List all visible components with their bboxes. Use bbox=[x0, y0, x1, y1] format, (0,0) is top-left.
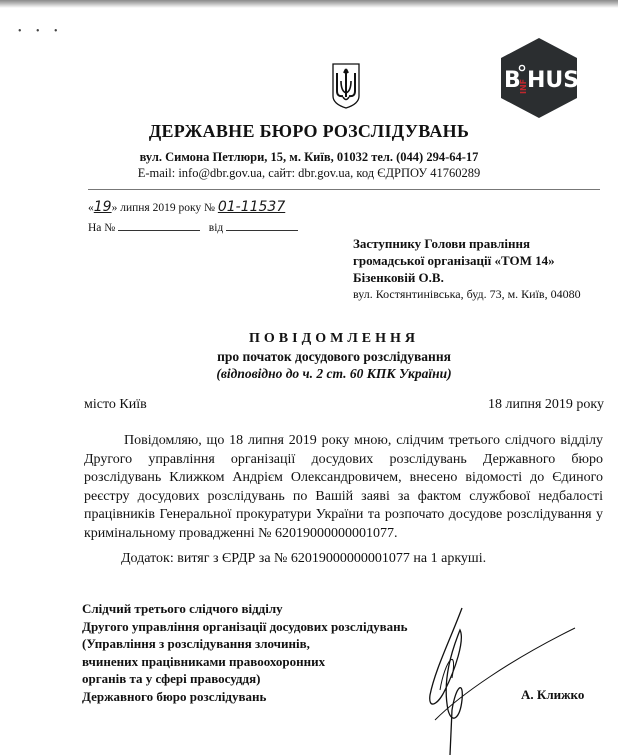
notice-body: Повідомляю, що 18 липня 2019 року мною, … bbox=[84, 432, 603, 543]
recipient-line-1: Заступнику Голови правління bbox=[353, 235, 581, 252]
outgoing-number: 01-11537 bbox=[218, 199, 285, 215]
incoming-from-label: від bbox=[209, 222, 223, 234]
organization-contacts: E-mail: info@dbr.gov.ua, сайт: dbr.gov.u… bbox=[0, 166, 618, 181]
notice-subtitle: про початок досудового розслідування bbox=[0, 349, 618, 365]
scan-specks: • • • bbox=[18, 26, 64, 37]
signer-block: Слідчий третього слідчого відділу Другог… bbox=[82, 600, 408, 705]
outgoing-reference: «19» липня 2019 року № 01-11537 bbox=[88, 199, 285, 215]
trident-coat-of-arms-icon bbox=[332, 63, 360, 109]
incoming-label: На № bbox=[88, 222, 115, 234]
incoming-date-blank bbox=[226, 220, 298, 231]
notice-title: ПОВІДОМЛЕННЯ bbox=[0, 331, 618, 347]
attachment-note: Додаток: витяг з ЄРДР за № 6201900000000… bbox=[121, 551, 486, 567]
signer-name: А. Клижко bbox=[521, 687, 584, 703]
header-divider bbox=[88, 189, 600, 190]
organization-address: вул. Симона Петлюри, 15, м. Київ, 01032 … bbox=[0, 150, 618, 165]
recipient-line-2: громадської організації «ТОМ 14» bbox=[353, 252, 581, 269]
signer-line: Державного бюро розслідувань bbox=[82, 688, 408, 706]
recipient-address: вул. Костянтинівська, буд. 73, м. Київ, … bbox=[353, 286, 581, 303]
signer-line: органів та у сфері правосуддя) bbox=[82, 670, 408, 688]
signer-line: вчинених працівниками правоохоронних bbox=[82, 653, 408, 671]
document-date: 18 липня 2019 року bbox=[488, 397, 604, 413]
organization-title: ДЕРЖАВНЕ БЮРО РОЗСЛІДУВАНЬ bbox=[0, 121, 618, 142]
svg-text:HUS: HUS bbox=[527, 68, 579, 93]
recipient-line-3: Бізенковій О.В. bbox=[353, 269, 581, 286]
outgoing-month-year: » липня 2019 року № bbox=[112, 202, 215, 214]
recipient-block: Заступнику Голови правління громадської … bbox=[353, 235, 581, 303]
notice-legal-basis: (відповідно до ч. 2 ст. 60 КПК України) bbox=[0, 366, 618, 382]
signer-line: Слідчий третього слідчого відділу bbox=[82, 600, 408, 618]
place: місто Київ bbox=[84, 397, 147, 413]
bihus-info-logo: B INF HUS bbox=[497, 36, 581, 120]
incoming-reference: На № від bbox=[88, 220, 298, 234]
handwritten-signature bbox=[390, 600, 590, 755]
incoming-number-blank bbox=[118, 220, 200, 231]
scan-edge bbox=[0, 0, 618, 8]
signer-line: (Управління з розслідування злочинів, bbox=[82, 635, 408, 653]
signer-line: Другого управління організації досудових… bbox=[82, 618, 408, 636]
outgoing-day: 19 bbox=[94, 199, 112, 215]
